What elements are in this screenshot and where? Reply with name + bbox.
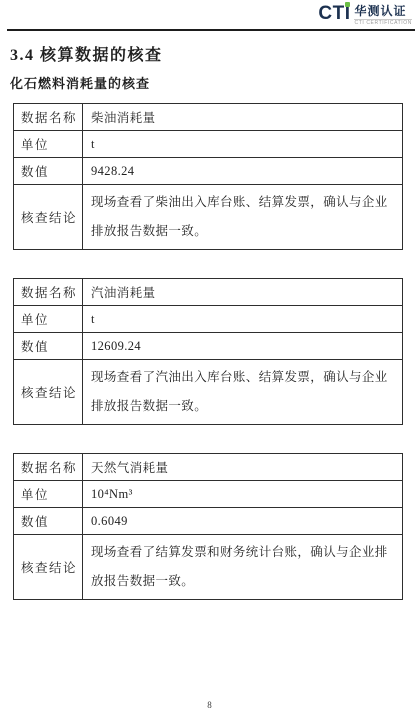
row-value-cell: 汽油消耗量: [83, 279, 403, 306]
row-value-cell: 天然气消耗量: [83, 454, 403, 481]
header-divider: [7, 29, 415, 31]
section-subtitle: 化石燃料消耗量的核查: [10, 73, 150, 92]
table-row: 数值 9428.24: [14, 158, 403, 185]
natural-gas-consumption-table: 数据名称 天然气消耗量 单位 10⁴Nm³ 数值 0.6049 核查结论 现场查…: [13, 453, 403, 600]
row-value-cell: 12609.24: [83, 333, 403, 360]
page-number: 8: [0, 700, 419, 710]
table-row: 核查结论 现场查看了结算发票和财务统计台账，确认与企业排放报告数据一致。: [14, 535, 403, 600]
table-row: 单位 t: [14, 131, 403, 158]
section-title: 3.4 核算数据的核查: [10, 42, 163, 65]
logo-english-name: CTI CERTIFICATION: [354, 19, 412, 27]
row-label-cell: 单位: [14, 306, 83, 333]
table-row: 单位 10⁴Nm³: [14, 481, 403, 508]
row-value-cell: 现场查看了结算发票和财务统计台账，确认与企业排放报告数据一致。: [83, 535, 403, 600]
row-label-cell: 数据名称: [14, 104, 83, 131]
row-label-cell: 核查结论: [14, 360, 83, 425]
row-value-cell: 10⁴Nm³: [83, 481, 403, 508]
logo-chinese-name: 华测认证: [354, 5, 412, 18]
row-label-cell: 核查结论: [14, 535, 83, 600]
row-label-cell: 单位: [14, 481, 83, 508]
row-value-cell: t: [83, 306, 403, 333]
row-label-cell: 数值: [14, 158, 83, 185]
row-value-cell: t: [83, 131, 403, 158]
table-row: 数值 0.6049: [14, 508, 403, 535]
logo-name-block: 华测认证 CTI CERTIFICATION: [354, 3, 412, 27]
row-label-cell: 数据名称: [14, 279, 83, 306]
row-value-cell: 9428.24: [83, 158, 403, 185]
document-page: CTI 华测认证 CTI CERTIFICATION 3.4 核算数据的核查 化…: [0, 0, 419, 719]
table-row: 单位 t: [14, 306, 403, 333]
row-label-cell: 数值: [14, 333, 83, 360]
row-value-cell: 现场查看了柴油出入库台账、结算发票，确认与企业排放报告数据一致。: [83, 185, 403, 250]
logo-green-dot-icon: [345, 2, 350, 7]
cti-logo-text: CTI: [318, 3, 350, 25]
row-label-cell: 单位: [14, 131, 83, 158]
table-row: 数据名称 柴油消耗量: [14, 104, 403, 131]
row-value-cell: 柴油消耗量: [83, 104, 403, 131]
row-value-cell: 现场查看了汽油出入库台账、结算发票，确认与企业排放报告数据一致。: [83, 360, 403, 425]
table-row: 核查结论 现场查看了柴油出入库台账、结算发票，确认与企业排放报告数据一致。: [14, 185, 403, 250]
table-row: 数据名称 汽油消耗量: [14, 279, 403, 306]
row-label-cell: 数据名称: [14, 454, 83, 481]
tables-container: 数据名称 柴油消耗量 单位 t 数值 9428.24 核查结论 现场查看了柴油出…: [13, 103, 403, 628]
gasoline-consumption-table: 数据名称 汽油消耗量 单位 t 数值 12609.24 核查结论 现场查看了汽油…: [13, 278, 403, 425]
row-label-cell: 数值: [14, 508, 83, 535]
table-row: 核查结论 现场查看了汽油出入库台账、结算发票，确认与企业排放报告数据一致。: [14, 360, 403, 425]
cti-logo: CTI 华测认证 CTI CERTIFICATION: [316, 3, 414, 29]
table-row: 数值 12609.24: [14, 333, 403, 360]
table-row: 数据名称 天然气消耗量: [14, 454, 403, 481]
diesel-consumption-table: 数据名称 柴油消耗量 单位 t 数值 9428.24 核查结论 现场查看了柴油出…: [13, 103, 403, 250]
row-value-cell: 0.6049: [83, 508, 403, 535]
row-label-cell: 核查结论: [14, 185, 83, 250]
